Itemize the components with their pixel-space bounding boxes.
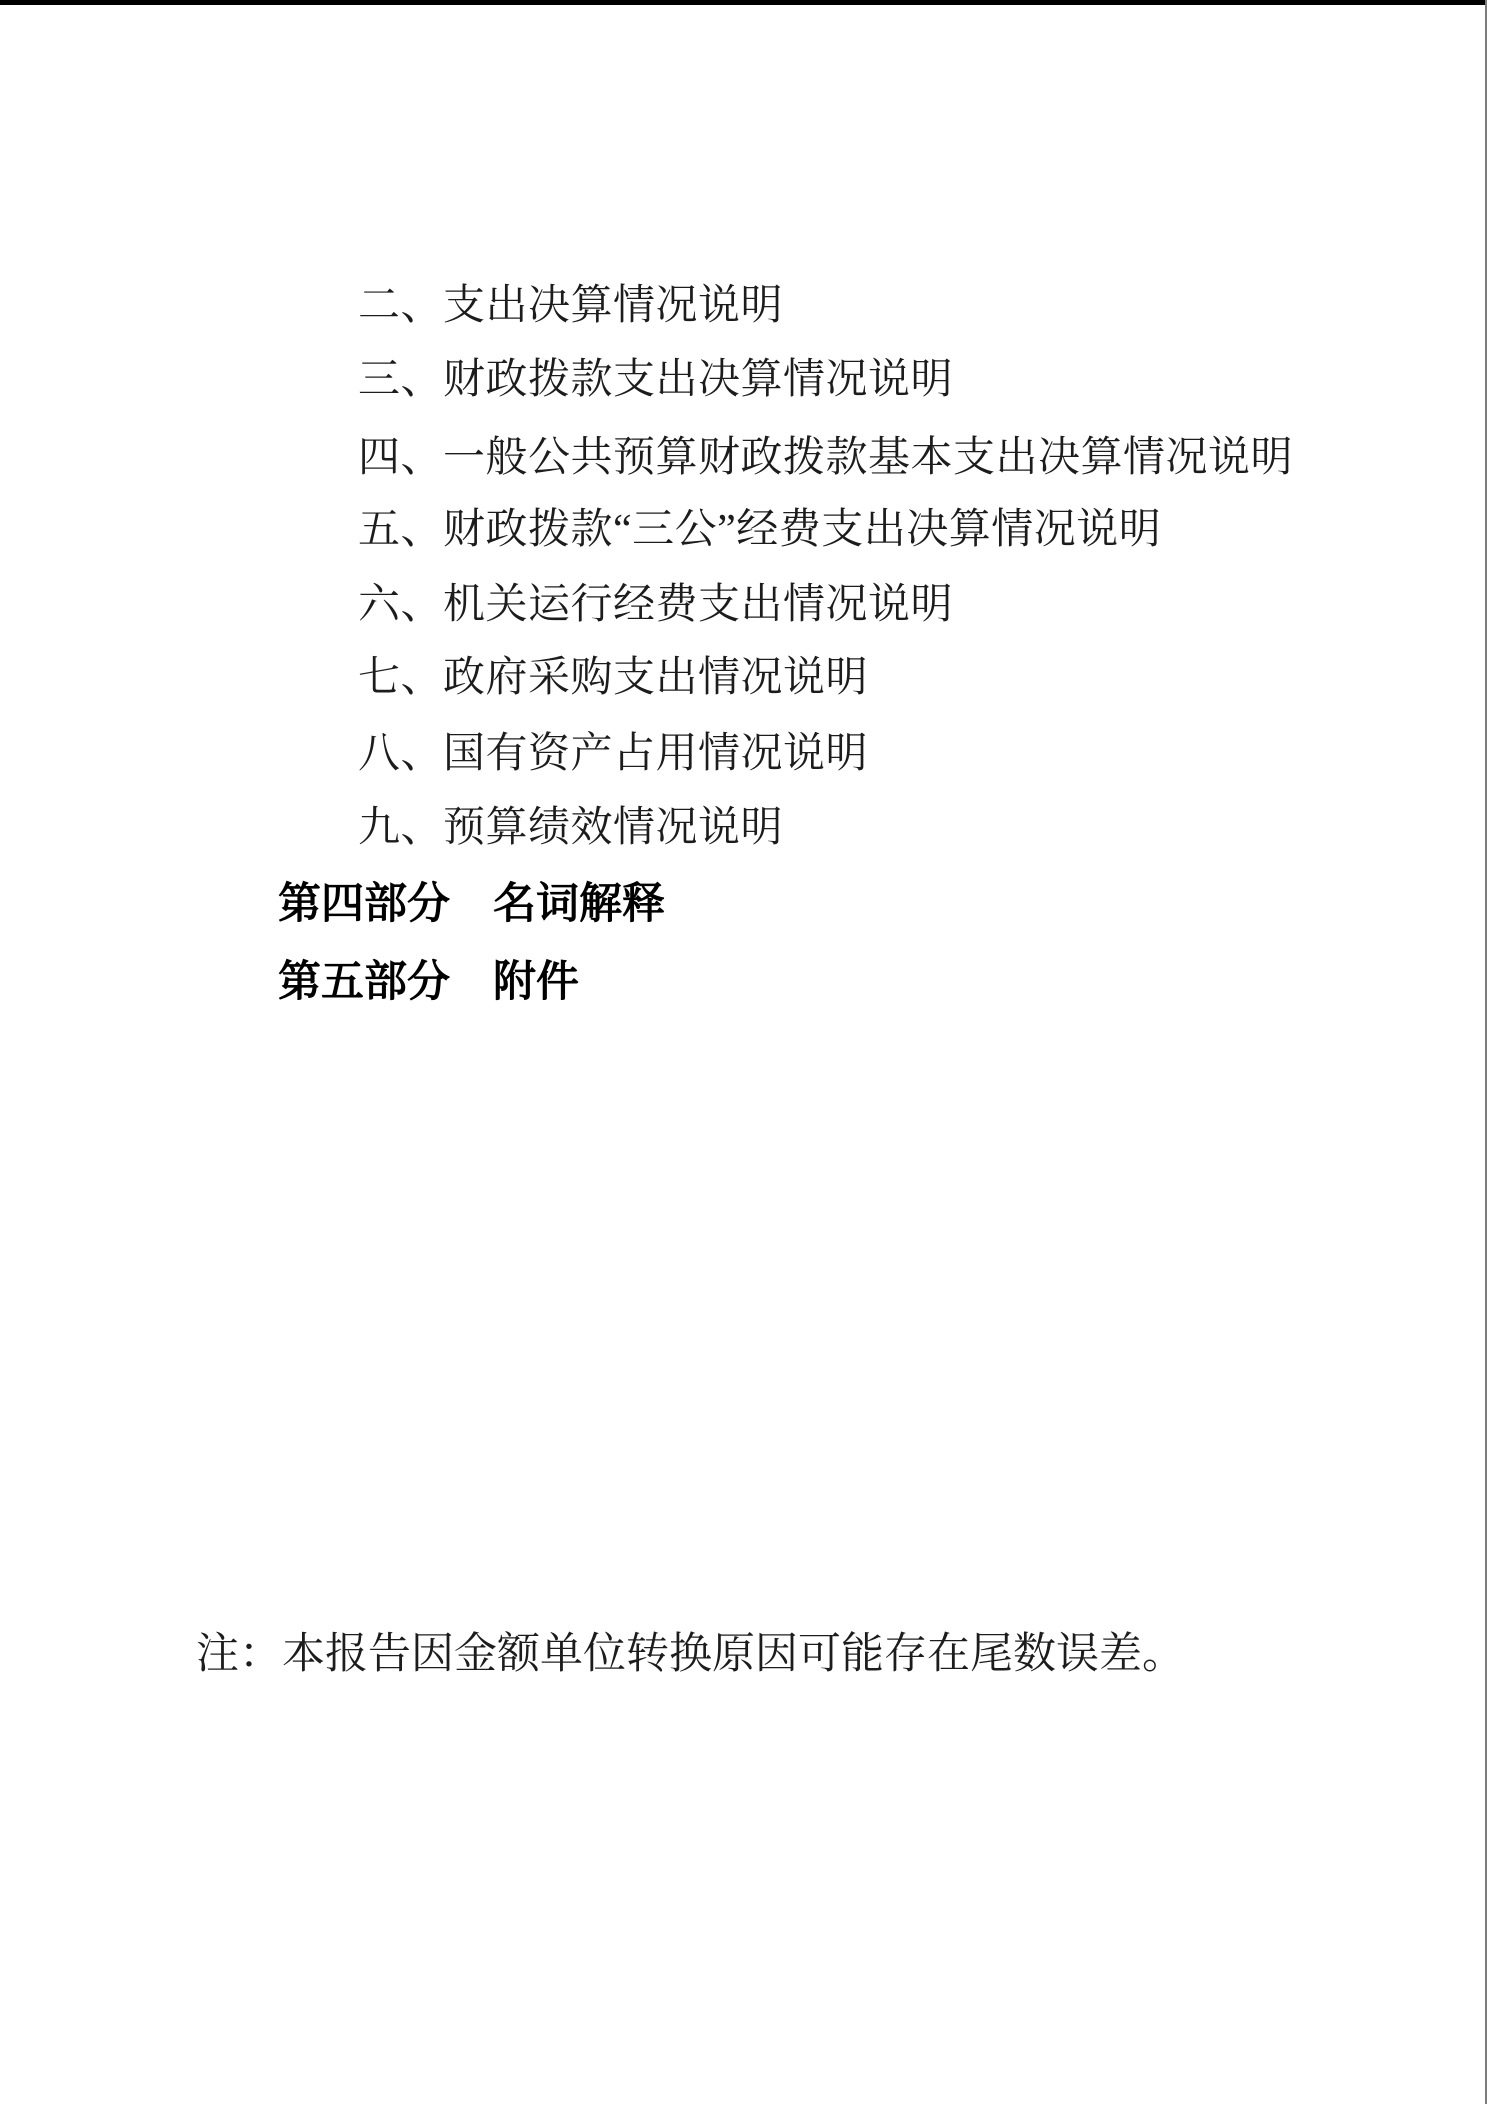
document-page: 二、支出决算情况说明 三、财政拨款支出决算情况说明 四、一般公共预算财政拨款基本… bbox=[0, 0, 1488, 2104]
toc-item-8: 八、国有资产占用情况说明 bbox=[358, 730, 868, 778]
toc-section-heading-part5: 第五部分 附件 bbox=[278, 958, 579, 1007]
toc-item-7: 七、政府采购支出情况说明 bbox=[358, 654, 868, 702]
toc-item-9: 九、预算绩效情况说明 bbox=[358, 804, 783, 852]
footnote: 注：本报告因金额单位转换原因可能存在尾数误差。 bbox=[196, 1630, 1185, 1679]
toc-item-4: 四、一般公共预算财政拨款基本支出决算情况说明 bbox=[358, 434, 1293, 482]
toc-item-5: 五、财政拨款“三公”经费支出决算情况说明 bbox=[358, 506, 1161, 554]
toc-item-6: 六、机关运行经费支出情况说明 bbox=[358, 581, 953, 629]
top-border bbox=[0, 0, 1486, 5]
toc-item-2: 二、支出决算情况说明 bbox=[358, 282, 783, 330]
toc-section-heading-part4: 第四部分 名词解释 bbox=[278, 880, 665, 929]
toc-item-3: 三、财政拨款支出决算情况说明 bbox=[358, 356, 953, 404]
right-border bbox=[1485, 0, 1487, 2104]
